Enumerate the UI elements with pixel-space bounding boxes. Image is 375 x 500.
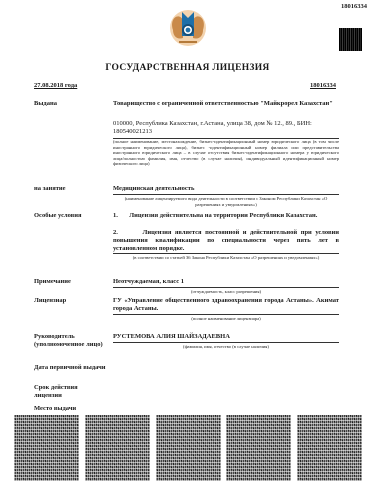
- condition-item-1: 1. Лицензия действительна на территории …: [113, 212, 339, 220]
- licensor-label: Лицензиар: [34, 297, 66, 305]
- divider: [113, 253, 339, 254]
- special-conditions-hint: (в соответствии со статьей 36 Закона Рес…: [113, 255, 339, 261]
- note-value: Неотчуждаемая, класс 1: [113, 278, 339, 286]
- qr-code: [226, 415, 291, 481]
- qr-code: [297, 415, 362, 481]
- issued-to-name: Товарищество с ограниченной ответственно…: [113, 100, 339, 108]
- activity-label: на занятие: [34, 185, 66, 193]
- licensor-value: ГУ «Управление общественного здравоохран…: [113, 297, 339, 313]
- special-conditions-label: Особые условия: [34, 212, 81, 220]
- doc-number-top: 18016334: [341, 3, 367, 10]
- divider: [113, 342, 339, 343]
- qr-code-top: [339, 28, 362, 51]
- qr-code: [14, 415, 79, 481]
- page-title: ГОСУДАРСТВЕННАЯ ЛИЦЕНЗИЯ: [0, 63, 375, 73]
- issued-to-address: 010000, Республика Казахстан, г.Астана, …: [113, 120, 339, 136]
- qr-code-strip: [14, 429, 362, 481]
- note-hint: (отчуждаемость, класс разрешения): [113, 289, 339, 295]
- validity-label: Срок действия лицензии: [34, 384, 84, 400]
- qr-code: [85, 415, 150, 481]
- issued-to-label: Выдана: [34, 100, 57, 108]
- qr-code: [156, 415, 221, 481]
- licensor-hint: (полное наименование лицензиара): [113, 316, 339, 322]
- place-label: Место выдачи: [34, 405, 76, 413]
- note-label: Примечание: [34, 278, 71, 286]
- issue-date: 27.08.2018 года: [34, 82, 77, 89]
- head-value: РУСТЕМОВА АЛИЯ ШАЙЗАДАЕВНА: [113, 333, 339, 341]
- activity-hint: (наименование лицензируемого вида деятел…: [113, 196, 339, 207]
- license-number: 18016334: [310, 82, 336, 89]
- first-issue-date-label: Дата первичной выдачи: [34, 364, 106, 372]
- divider: [113, 287, 339, 288]
- issued-to-hint: (полное наименование, местонахождение, б…: [113, 139, 339, 167]
- divider: [113, 194, 339, 195]
- head-hint: (фамилия, имя, отчество (в случае наличи…: [113, 344, 339, 350]
- head-label: Руководитель (уполномоченное лицо): [34, 333, 114, 349]
- state-emblem-icon: [165, 8, 211, 48]
- divider: [113, 314, 339, 315]
- activity-value: Медицинская деятельность: [113, 185, 339, 193]
- condition-item-2: 2. Лицензия является постоянной и действ…: [113, 229, 339, 253]
